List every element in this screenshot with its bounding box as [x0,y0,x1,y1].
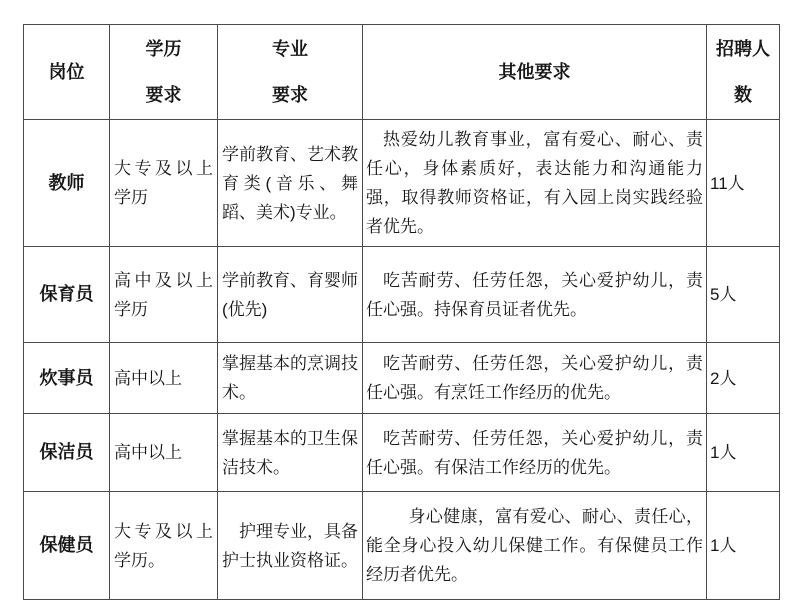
major-cell: 掌握基本的烹调技术。 [218,343,363,414]
major-cell: 学前教育、艺术教育类(音乐、舞蹈、美术)专业。 [218,120,363,247]
table-row-childcare-worker: 保育员 高中及以上学历 学前教育、育婴师(优先) 吃苦耐劳、任劳任怨，关心爱护幼… [24,247,780,343]
header-other-requirements: 其他要求 [363,25,707,120]
position-cell: 保健员 [24,492,110,600]
position-cell: 炊事员 [24,343,110,414]
header-major-requirement: 专业 要求 [218,25,363,120]
education-cell: 大专及以上学历 [110,120,218,247]
header-position: 岗位 [24,25,110,120]
table-row-teacher: 教师 大专及以上学历 学前教育、艺术教育类(音乐、舞蹈、美术)专业。 热爱幼儿教… [24,120,780,247]
major-cell: 护理专业，具备护士执业资格证。 [218,492,363,600]
recruit-count-cell: 11人 [707,120,780,247]
position-cell: 保洁员 [24,414,110,492]
other-requirements-cell: 吃苦耐劳、任劳任怨，关心爱护幼儿，责任心强。有保洁工作经历的优先。 [363,414,707,492]
education-cell: 高中以上 [110,414,218,492]
major-cell: 学前教育、育婴师(优先) [218,247,363,343]
recruit-count-cell: 1人 [707,492,780,600]
position-cell: 教师 [24,120,110,247]
recruitment-table: 岗位 学历 要求 专业 要求 其他要求 招聘人 数 教师 大专及以上学历 学前教… [23,24,780,600]
table-header-row: 岗位 学历 要求 专业 要求 其他要求 招聘人 数 [24,25,780,120]
major-cell: 掌握基本的卫生保洁技术。 [218,414,363,492]
recruitment-notice-page: 岗位 学历 要求 专业 要求 其他要求 招聘人 数 教师 大专及以上学历 学前教… [0,0,800,613]
header-education-requirement: 学历 要求 [110,25,218,120]
education-cell: 大专及以上学历。 [110,492,218,600]
table-row-cleaner: 保洁员 高中以上 掌握基本的卫生保洁技术。 吃苦耐劳、任劳任怨，关心爱护幼儿，责… [24,414,780,492]
header-recruit-count: 招聘人 数 [707,25,780,120]
other-requirements-cell: 身心健康，富有爱心、耐心、责任心，能全身心投入幼儿保健工作。有保健员工作经历者优… [363,492,707,600]
other-requirements-cell: 吃苦耐劳、任劳任怨，关心爱护幼儿，责任心强。持保育员证者优先。 [363,247,707,343]
recruit-count-cell: 1人 [707,414,780,492]
recruit-count-cell: 2人 [707,343,780,414]
position-cell: 保育员 [24,247,110,343]
recruit-count-cell: 5人 [707,247,780,343]
other-requirements-cell: 吃苦耐劳、任劳任怨，关心爱护幼儿，责任心强。有烹饪工作经历的优先。 [363,343,707,414]
education-cell: 高中及以上学历 [110,247,218,343]
education-cell: 高中以上 [110,343,218,414]
other-requirements-cell: 热爱幼儿教育事业，富有爱心、耐心、责任心，身体素质好，表达能力和沟通能力强，取得… [363,120,707,247]
table-row-cook: 炊事员 高中以上 掌握基本的烹调技术。 吃苦耐劳、任劳任怨，关心爱护幼儿，责任心… [24,343,780,414]
table-row-health-worker: 保健员 大专及以上学历。 护理专业，具备护士执业资格证。 身心健康，富有爱心、耐… [24,492,780,600]
